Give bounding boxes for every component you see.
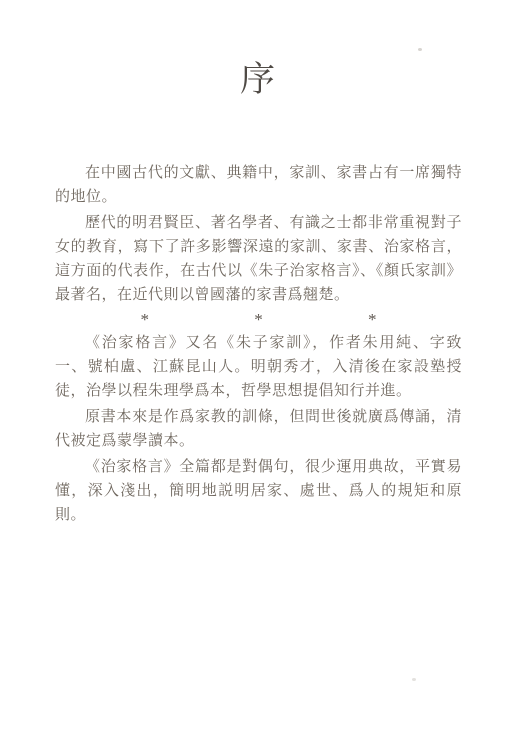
title-spacer xyxy=(55,103,462,161)
asterisk-icon: * xyxy=(368,309,377,331)
asterisk-icon: * xyxy=(254,309,263,331)
paragraph-author: 《治家格言》又名《朱子家訓》，作者朱用純、字致一、號柏盧、江蘇昆山人。明朝秀才，… xyxy=(55,331,462,403)
paragraph-history: 歷代的明君賢臣、著名學者、有識之士都非常重視對子女的教育，寫下了許多影響深遠的家… xyxy=(55,211,462,307)
paragraph-spread: 原書本來是作爲家教的訓條，但問世後就廣爲傳誦，清代被定爲蒙學讀本。 xyxy=(55,405,462,453)
page-title: 序 xyxy=(55,0,462,103)
scan-speck xyxy=(412,678,416,681)
scan-speck xyxy=(418,48,422,51)
scanned-book-page: 序 在中國古代的文獻、典籍中，家訓、家書占有一席獨特的地位。 歷代的明君賢臣、著… xyxy=(0,0,516,740)
paragraph-style: 《治家格言》全篇都是對偶句，很少運用典故，平實易懂，深入淺出，簡明地説明居家、處… xyxy=(55,455,462,527)
paragraph-intro: 在中國古代的文獻、典籍中，家訓、家書占有一席獨特的地位。 xyxy=(55,161,462,209)
page-content: 序 在中國古代的文獻、典籍中，家訓、家書占有一席獨特的地位。 歷代的明君賢臣、著… xyxy=(55,0,462,529)
asterisk-separator: * * * xyxy=(141,309,377,331)
asterisk-icon: * xyxy=(141,309,150,331)
